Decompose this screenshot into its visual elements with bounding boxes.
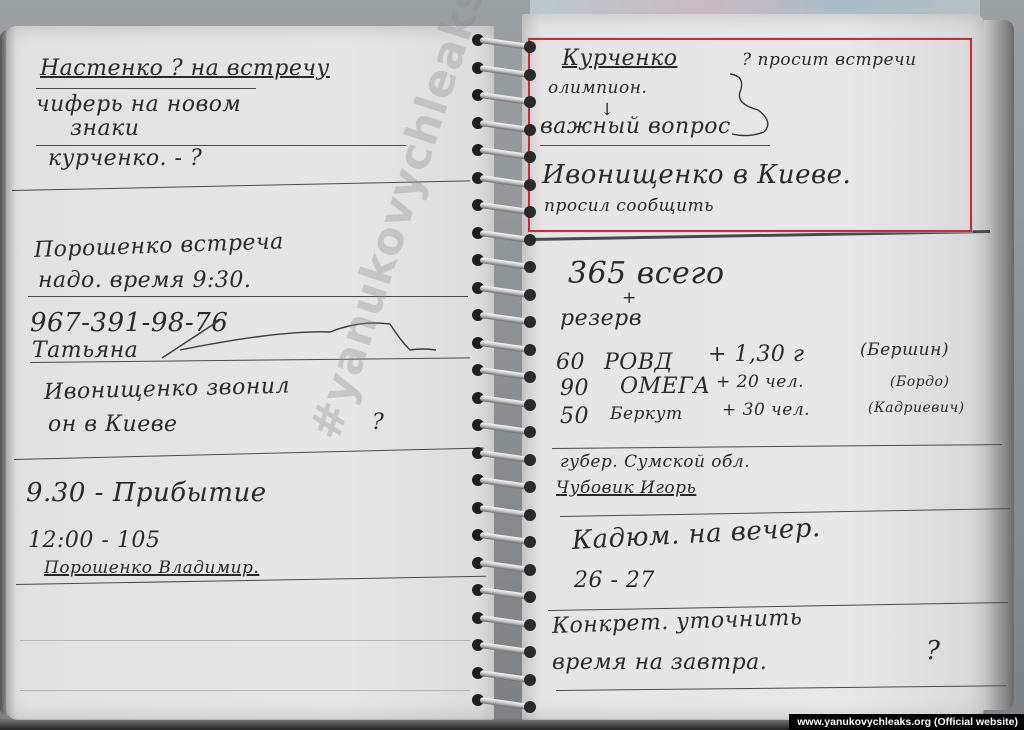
spiral-coil — [470, 502, 536, 514]
tally-count: 90 — [560, 376, 589, 401]
tally-extra: + 30 чел. — [722, 400, 810, 420]
binding-hole — [524, 41, 536, 53]
tally-note: (Кадриевич) — [868, 400, 965, 416]
underline — [36, 88, 256, 89]
binding-hole — [524, 179, 536, 191]
spiral-coil — [470, 474, 536, 486]
reserve-label: резерв — [560, 306, 642, 331]
spiral-coil — [470, 62, 536, 74]
binding-hole — [524, 371, 536, 383]
total-count: 365 всего — [568, 256, 725, 291]
note-text: надо. время 9:30. — [38, 268, 251, 293]
binding-hole — [524, 344, 536, 356]
binding-hole — [524, 674, 536, 686]
spiral-coil — [470, 337, 536, 349]
spiral-coil — [470, 529, 536, 541]
highlight-box — [528, 38, 972, 232]
binding-hole — [524, 124, 536, 136]
binding-hole — [524, 454, 536, 466]
tally-extra: + 1,30 г — [708, 342, 805, 367]
spiral-coil — [470, 639, 536, 651]
tally-unit: РОВД — [604, 350, 673, 375]
binding-hole — [524, 646, 536, 658]
binding-hole — [524, 619, 536, 631]
binding-hole — [524, 564, 536, 576]
notebook-scan: Настенко ? на встречу чиферь на новом зн… — [0, 0, 1024, 730]
spiral-coil — [470, 89, 536, 101]
source-credit: www.yanukovychleaks.org (Official websit… — [789, 714, 1024, 730]
tally-count: 50 — [560, 404, 589, 429]
spiral-coil — [470, 117, 536, 129]
binding-hole — [524, 316, 536, 328]
binding-hole — [524, 509, 536, 521]
spiral-coil — [470, 282, 536, 294]
spiral-coil — [470, 144, 536, 156]
tally-extra: + 20 чел. — [716, 372, 804, 392]
spiral-coil — [470, 447, 536, 459]
spiral-coil — [470, 309, 536, 321]
question-mark: ? — [372, 410, 384, 435]
tally-note: (Бордо) — [890, 374, 949, 390]
tally-unit: Беркут — [610, 404, 683, 424]
tally-note: (Бершин) — [860, 340, 949, 360]
spiral-coil — [470, 392, 536, 404]
binding-hole — [524, 206, 536, 218]
schedule-entry: 12:00 - 105 — [28, 528, 160, 553]
schedule-entry: 9.30 - Прибытие — [26, 478, 267, 508]
spiral-coil — [470, 227, 536, 239]
binding-hole — [524, 234, 536, 246]
binding-hole — [524, 261, 536, 273]
question-mark: ? — [926, 636, 940, 666]
note-text: чиферь на новом — [36, 92, 241, 117]
ruled-line-faint — [20, 640, 470, 641]
binding-hole — [524, 591, 536, 603]
binding-hole — [524, 426, 536, 438]
spiral-coil — [470, 34, 536, 46]
spiral-binding — [470, 20, 540, 720]
binding-hole — [524, 701, 536, 713]
note-text: он в Киеве — [48, 412, 178, 437]
note-text: Настенко ? на встречу — [40, 56, 330, 81]
note-text: Порошенко Владимир. — [44, 558, 259, 578]
note-text: Татьяна — [32, 338, 138, 363]
date-range: 26 - 27 — [574, 568, 655, 593]
binding-hole — [524, 481, 536, 493]
tally-unit: ОМЕГА — [620, 374, 710, 399]
ruled-line — [28, 296, 468, 297]
note-text: курченко. - ? — [48, 146, 202, 171]
binding-hole — [524, 289, 536, 301]
spiral-coil — [470, 667, 536, 679]
note-text: губер. Сумской обл. — [560, 452, 750, 472]
spiral-coil — [470, 612, 536, 624]
spiral-coil — [470, 254, 536, 266]
note-text: Чубовик Игорь — [556, 478, 696, 498]
plus-sign: + — [622, 288, 637, 308]
spiral-coil — [470, 419, 536, 431]
binding-hole — [524, 536, 536, 548]
binding-hole — [524, 399, 536, 411]
binding-hole — [524, 96, 536, 108]
spiral-coil — [470, 364, 536, 376]
ruled-line-faint — [20, 690, 470, 691]
scribble-line — [160, 310, 440, 370]
right-page-edge — [984, 20, 1014, 710]
tally-count: 60 — [556, 350, 585, 375]
binding-hole — [524, 151, 536, 163]
binding-hole — [524, 69, 536, 81]
spiral-coil — [470, 557, 536, 569]
note-text: знаки — [70, 116, 139, 141]
spiral-coil — [470, 172, 536, 184]
spiral-coil — [470, 694, 536, 706]
spiral-coil — [470, 199, 536, 211]
spiral-coil — [470, 584, 536, 596]
note-text: время на завтра. — [552, 650, 767, 675]
